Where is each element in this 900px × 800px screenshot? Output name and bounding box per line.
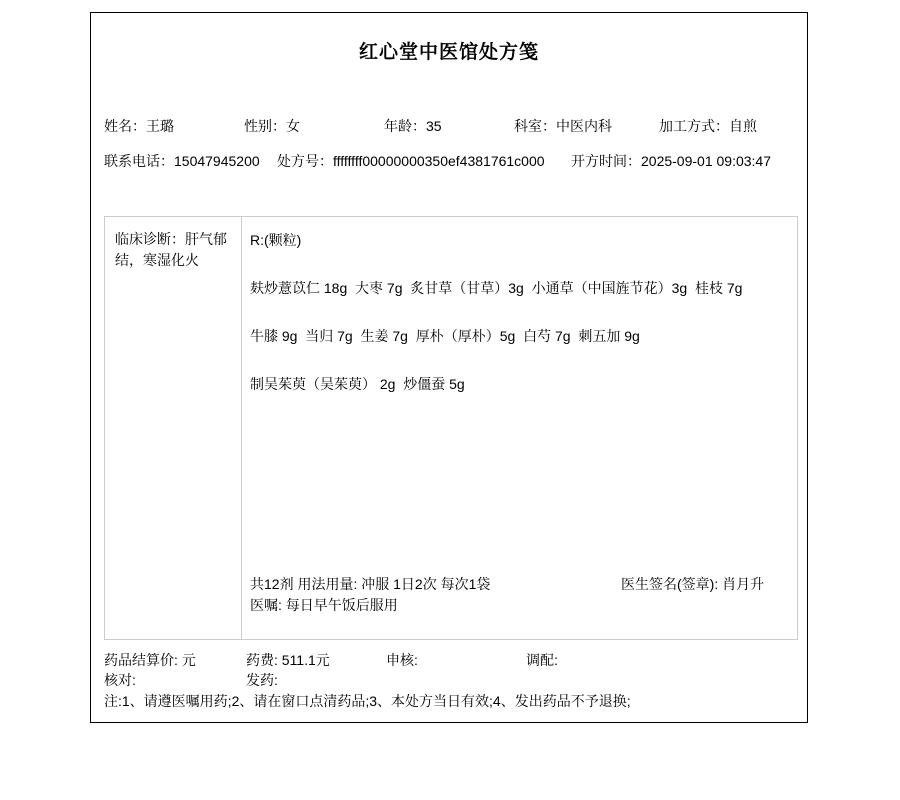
doctor-advice-line: 医嘱: 每日早午饭后服用 [250,595,398,615]
footer-dispense-field: 调配: [526,650,558,670]
clinical-diagnosis: 临床诊断：肝气郁结，寒湿化火 [105,217,242,639]
footer-settle-price: 药品结算价: 元 [104,650,196,670]
field-gender: 性别：女 [244,116,300,136]
herb-line: 麸炒薏苡仁 18g 大枣 7g 炙甘草（甘草）3g 小通草（中国旌节花）3g 桂… [250,278,742,298]
prescription-box: 临床诊断：肝气郁结，寒湿化火 R:(颗粒) 麸炒薏苡仁 18g 大枣 7g 炙甘… [104,216,798,640]
footer-issue-field: 发药: [246,670,278,690]
field-contact-phone: 联系电话：15047945200 [104,151,260,171]
field-patient-name: 姓名：王璐 [104,116,174,136]
rx-type-header: R:(颗粒) [250,230,301,250]
prescription-content: R:(颗粒) 麸炒薏苡仁 18g 大枣 7g 炙甘草（甘草）3g 小通草（中国旌… [243,217,797,639]
usage-line: 共12剂 用法用量: 冲服 1日2次 每次1袋 [250,574,490,594]
field-processing-method: 加工方式：自煎 [659,116,757,136]
herb-line: 制吴茱萸（吴茱萸） 2g 炒僵蚕 5g [250,374,465,394]
footer-note: 注:1、请遵医嘱用药;2、请在窗口点清药品;3、本处方当日有效;4、发出药品不予… [104,691,631,711]
footer-review-field: 申核: [386,650,418,670]
page-title: 红心堂中医馆处方笺 [91,37,807,64]
footer-check-field: 核对: [104,670,136,690]
herb-line: 牛膝 9g 当归 7g 生姜 7g 厚朴（厚朴）5g 白芍 7g 刺五加 9g [250,326,640,346]
field-age: 年龄：35 [384,116,442,136]
field-prescription-number: 处方号：ffffffff00000000350ef4381761c000 [277,151,545,171]
footer-medicine-fee: 药费: 511.1元 [246,650,330,670]
doctor-signature: 医生签名(签章): 肖月升 [621,574,764,594]
prescription-page: 红心堂中医馆处方笺 姓名：王璐 性别：女 年龄：35 科室：中医内科 加工方式：… [90,12,808,723]
field-department: 科室：中医内科 [514,116,612,136]
field-prescribe-time: 开方时间：2025-09-01 09:03:47 [571,151,771,171]
